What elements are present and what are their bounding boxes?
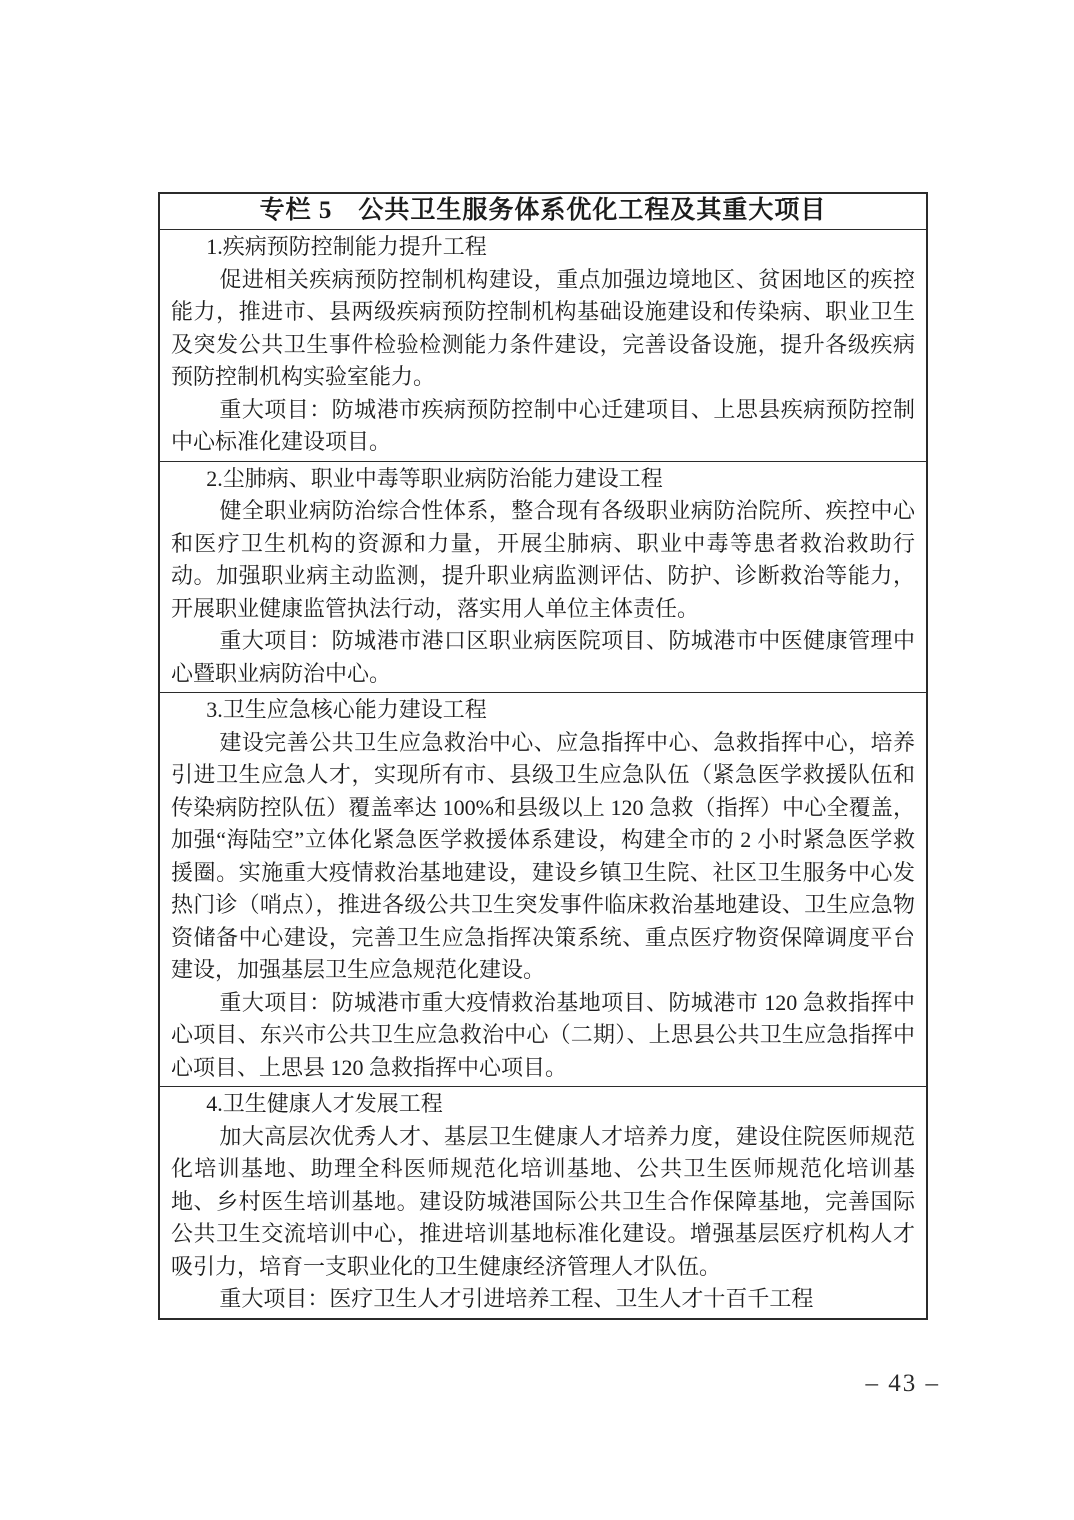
section-major-projects: 重大项目：防城港市重大疫情救治基地项目、防城港市 120 急救指挥中心项目、东兴… bbox=[171, 987, 915, 1085]
section-occupational-disease: 2.尘肺病、职业中毒等职业病防治能力建设工程 健全职业病防治综合性体系，整合现有… bbox=[160, 462, 926, 694]
section-disease-prevention-control: 1.疾病预防控制能力提升工程 促进相关疾病预防控制机构建设，重点加强边境地区、贫… bbox=[160, 230, 926, 462]
section-health-emergency: 3.卫生应急核心能力建设工程 建设完善公共卫生应急救治中心、应急指挥中心、急救指… bbox=[160, 693, 926, 1087]
special-column-panel: 专栏 5 公共卫生服务体系优化工程及其重大项目 1.疾病预防控制能力提升工程 促… bbox=[158, 192, 928, 1320]
section-heading: 2.尘肺病、职业中毒等职业病防治能力建设工程 bbox=[171, 463, 915, 496]
section-body: 促进相关疾病预防控制机构建设，重点加强边境地区、贫困地区的疾控能力，推进市、县两… bbox=[171, 264, 915, 394]
section-body: 建设完善公共卫生应急救治中心、应急指挥中心、急救指挥中心，培养引进卫生应急人才，… bbox=[171, 727, 915, 987]
section-body: 健全职业病防治综合性体系，整合现有各级职业病防治院所、疾控中心和医疗卫生机构的资… bbox=[171, 495, 915, 625]
section-heading: 4.卫生健康人才发展工程 bbox=[171, 1088, 915, 1121]
section-major-projects: 重大项目：医疗卫生人才引进培养工程、卫生人才十百千工程 bbox=[171, 1283, 915, 1316]
page-number: – 43 – bbox=[866, 1370, 941, 1398]
section-major-projects: 重大项目：防城港市港口区职业病医院项目、防城港市中医健康管理中心暨职业病防治中心… bbox=[171, 625, 915, 690]
section-health-talent: 4.卫生健康人才发展工程 加大高层次优秀人才、基层卫生健康人才培养力度，建设住院… bbox=[160, 1087, 926, 1318]
section-major-projects: 重大项目：防城港市疾病预防控制中心迁建项目、上思县疾病预防控制中心标准化建设项目… bbox=[171, 394, 915, 459]
section-heading: 3.卫生应急核心能力建设工程 bbox=[171, 694, 915, 727]
section-body: 加大高层次优秀人才、基层卫生健康人才培养力度，建设住院医师规范化培训基地、助理全… bbox=[171, 1121, 915, 1284]
section-heading: 1.疾病预防控制能力提升工程 bbox=[171, 231, 915, 264]
panel-title: 专栏 5 公共卫生服务体系优化工程及其重大项目 bbox=[160, 194, 926, 230]
